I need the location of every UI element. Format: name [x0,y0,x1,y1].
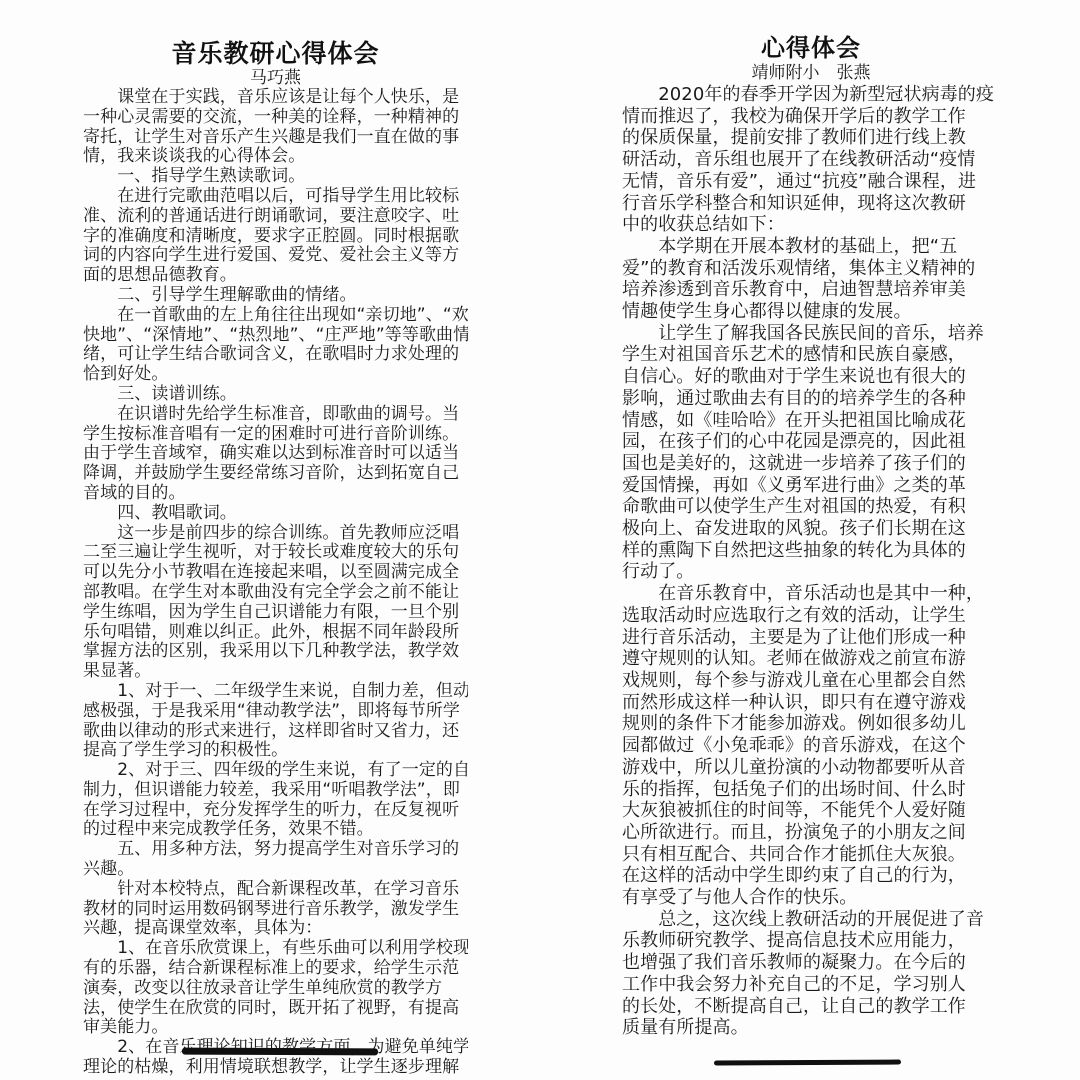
text-line: 行动了。 [622,561,1000,583]
text-line: 四、教唱歌词。 [83,504,468,524]
text-line: 规则的条件下才能参加游戏。例如很多幼儿 [622,713,1000,735]
redaction-strikethrough-bar [182,1048,378,1056]
text-line: 准、流利的普通话进行朗诵歌词，要注意咬字、吐 [83,207,468,227]
left-page-body: 课堂在于实践，音乐应该是让每个人快乐，是一种心灵需要的交流，一种美的诠释，一种精… [83,88,468,1078]
text-line: 掌握方法的区别，我采用以下几种教学法，教学效 [83,642,468,662]
text-line: 法，使学生在欣赏的同时，既开拓了视野，有提高 [83,999,468,1019]
text-line: 二至三遍让学生视听，对于较长或难度较大的乐句 [83,543,468,563]
text-line: 情，我来谈谈我的心得体会。 [83,147,468,167]
text-line: 有享受了与他人合作的快乐。 [622,887,1000,909]
text-line: 爱国情操，再如《义勇军进行曲》之类的革 [622,475,1000,497]
text-line: 恰到好处。 [83,365,468,385]
text-line: 学生练唱，因为学生自己识谱能力有限，一旦个别 [83,603,468,623]
text-line: 有的乐器，结合新课程标准上的要求，给学生示范 [83,959,468,979]
text-line: 理论的枯燥，利用情境联想教学，让学生逐步理解 [83,1058,468,1078]
text-line: 在学习过程中，充分发挥学生的听力，在反复视听 [83,801,468,821]
left-document-page: 音乐教研心得体会 马巧燕 课堂在于实践，音乐应该是让每个人快乐，是一种心灵需要的… [83,0,468,1080]
text-line: 命歌曲可以使学生产生对祖国的热爱，有积 [622,496,1000,518]
text-line: 1、在音乐欣赏课上，有些乐曲可以利用学校现 [83,939,468,959]
text-line: 兴趣，提高课堂效率，具体为： [83,919,468,939]
document-scan: 音乐教研心得体会 马巧燕 课堂在于实践，音乐应该是让每个人快乐，是一种心灵需要的… [0,0,1080,1080]
text-line: 遵守规则的认知。老师在做游戏之前宣布游 [622,648,1000,670]
text-line: 的过程中来完成教学任务，效果不错。 [83,820,468,840]
text-line: 词的内容向学生进行爱国、爱党、爱社会主义等方 [83,246,468,266]
text-line: 样的熏陶下自然把这些抽象的转化为具体的 [622,540,1000,562]
text-line: 质量有所提高。 [622,1017,1000,1039]
text-line: 演奏，改变以往放录音让学生单纯欣赏的教学方 [83,979,468,999]
text-line: 极向上、奋发进取的风貌。孩子们长期在这 [622,518,1000,540]
text-line: 歌曲以律动的形式来进行，这样即省时又省力，还 [83,722,468,742]
text-line: 培养渗透到音乐教育中，启迪智慧培养审美 [622,279,1000,301]
text-line: 审美能力。 [83,1018,468,1038]
text-line: 绪，可让学生结合歌词含义，在歌唱时力求处理的 [83,345,468,365]
text-line: 进行音乐活动，主要是为了让他们形成一种 [622,627,1000,649]
text-line: 降调，并鼓励学生要经常练习音阶，达到拓宽自己 [83,464,468,484]
text-line: 选取活动时应选取行之有效的活动，让学生 [622,605,1000,627]
text-line: 在进行完歌曲范唱以后，可指导学生用比较标 [83,187,468,207]
text-line: 提高了学生学习的积极性。 [83,741,468,761]
text-line: 行音乐学科整合和知识延伸，现将这次教研 [622,193,1000,215]
text-line: 研活动，音乐组也展开了在线教研活动“疫情 [622,149,1000,171]
text-line: 也增强了我们音乐教师的凝聚力。在今后的 [622,952,1000,974]
text-line: 爱”的教育和活泼乐观情绪，集体主义精神的 [622,258,1000,280]
text-line: 在一首歌曲的左上角往往出现如“亲切地”、“欢 [83,306,468,326]
text-line: 一种心灵需要的交流，一种美的诠释，一种精神的 [83,108,468,128]
text-line: 只有相互配合、共同合作才能抓住大灰狼。 [622,844,1000,866]
text-line: 工作中我会努力补充自己的不足，学习别人 [622,974,1000,996]
right-page-body: 2020年的春季开学因为新型冠状病毒的疫情而推迟了，我校为确保开学后的教学工作的… [622,84,1000,1039]
text-line: 2020年的春季开学因为新型冠状病毒的疫 [622,84,1000,106]
text-line: 三、读谱训练。 [83,385,468,405]
right-document-page: 心得体会 靖师附小 张燕 2020年的春季开学因为新型冠状病毒的疫情而推迟了，我… [622,0,1000,1080]
text-line: 音域的目的。 [83,484,468,504]
text-line: 的保质保量，提前安排了教师们进行线上教 [622,127,1000,149]
text-line: 在识谱时先给学生标准音，即歌曲的调号。当 [83,405,468,425]
text-line: 国也是美好的，这就进一步培养了孩子们的 [622,453,1000,475]
text-line: 针对本校特点，配合新课程改革，在学习音乐 [83,880,468,900]
text-line: 快地”、“深情地”、“热烈地”、“庄严地”等等歌曲情 [83,326,468,346]
text-line: 2、对于三、四年级的学生来说，有了一定的自 [83,761,468,781]
text-line: 部教唱。在学生对本歌曲没有完全学会之前不能让 [83,583,468,603]
text-line: 让学生了解我国各民族民间的音乐，培养 [622,323,1000,345]
text-line: 这一步是前四步的综合训练。首先教师应泛唱 [83,524,468,544]
left-page-author: 马巧燕 [83,68,468,88]
text-line: 乐句唱错，则难以纠正。此外，根据不同年龄段所 [83,623,468,643]
text-line: 园都做过《小兔乖乖》的音乐游戏，在这个 [622,735,1000,757]
right-page-title: 心得体会 [622,34,1000,62]
text-line: 学生按标准音唱有一定的困难时可进行音阶训练。 [83,425,468,445]
text-line: 一、指导学生熟读歌词。 [83,167,468,187]
text-line: 大灰狼被抓住的时间等，不能凭个人爱好随 [622,800,1000,822]
text-line: 在音乐教育中，音乐活动也是其中一种， [622,583,1000,605]
text-line: 中的收获总结如下： [622,214,1000,236]
signature-redaction-bar [714,1060,901,1066]
text-line: 二、引导学生理解歌曲的情绪。 [83,286,468,306]
text-line: 学生对祖国音乐艺术的感情和民族自豪感， [622,344,1000,366]
text-line: 园，在孩子们的心中花园是漂亮的，因此祖 [622,431,1000,453]
right-page-author: 靖师附小 张燕 [622,62,1000,84]
text-line: 无情，音乐有爱”，通过“抗疫”融合课程，进 [622,171,1000,193]
text-line: 寄托，让学生对音乐产生兴趣是我们一直在做的事 [83,128,468,148]
text-line: 心所欲进行。而且，扮演兔子的小朋友之间 [622,822,1000,844]
text-line: 字的准确度和清晰度，要求字正腔圆。同时根据歌 [83,227,468,247]
text-line: 戏规则，每个参与游戏儿童在心里都会自然 [622,670,1000,692]
text-line: 情趣使学生身心都得以健康的发展。 [622,301,1000,323]
text-line: 自信心。好的歌曲对于学生来说也有很大的 [622,366,1000,388]
text-line: 乐的指挥，包括兔子们的出场时间、什么时 [622,779,1000,801]
text-line: 感极强，于是我采用“律动教学法”，即将每节所学 [83,702,468,722]
text-line: 影响，通过歌曲去有目的的培养学生的各种 [622,388,1000,410]
text-line: 本学期在开展本教材的基础上，把“五 [622,236,1000,258]
text-line: 面的思想品德教育。 [83,266,468,286]
text-line: 课堂在于实践，音乐应该是让每个人快乐，是 [83,88,468,108]
text-line: 可以先分小节教唱在连接起来唱，以至圆满完成全 [83,563,468,583]
left-page-title: 音乐教研心得体会 [83,40,468,68]
text-line: 在这样的活动中学生即约束了自己的行为， [622,865,1000,887]
text-line: 兴趣。 [83,860,468,880]
text-line: 乐教师研究教学、提高信息技术应用能力， [622,930,1000,952]
text-line: 由于学生音域窄，确实难以达到标准音时可以适当 [83,444,468,464]
text-line: 1、对于一、二年级学生来说，自制力差，但动 [83,682,468,702]
text-line: 的长处，不断提高自己，让自己的教学工作 [622,996,1000,1018]
text-line: 五、用多种方法，努力提高学生对音乐学习的 [83,840,468,860]
text-line: 情感，如《哇哈哈》在开头把祖国比喻成花 [622,410,1000,432]
text-line: 而然形成这样一种认识，即只有在遵守游戏 [622,692,1000,714]
text-line: 游戏中，所以儿童扮演的小动物都要听从音 [622,757,1000,779]
text-line: 情而推迟了，我校为确保开学后的教学工作 [622,106,1000,128]
text-line: 制力，但识谱能力较差，我采用“听唱教学法”，即 [83,781,468,801]
text-line: 教材的同时运用数码钢琴进行音乐教学，激发学生 [83,900,468,920]
text-line: 果显著。 [83,662,468,682]
text-line: 总之，这次线上教研活动的开展促进了音 [622,909,1000,931]
